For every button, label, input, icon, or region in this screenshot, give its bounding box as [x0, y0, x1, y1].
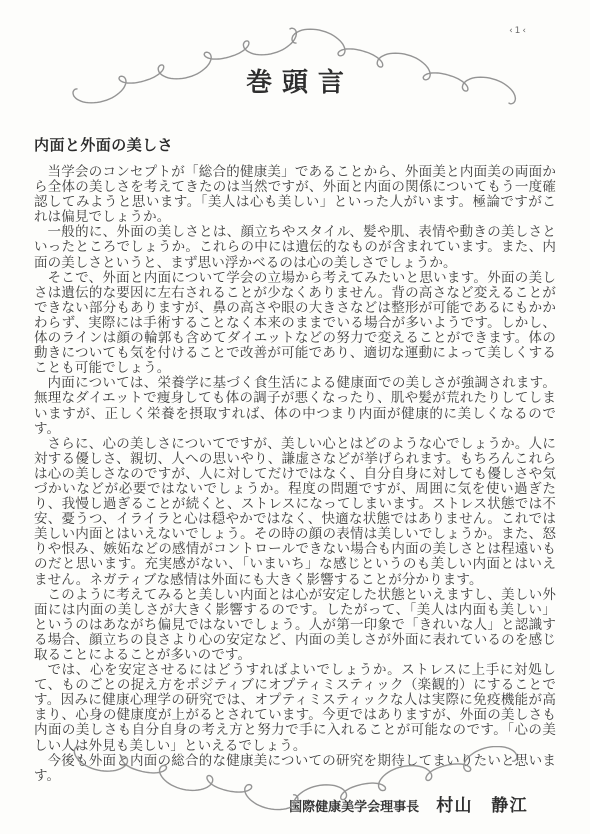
paragraph: そこで、外面と内面について学会の立場から考えてみたいと思います。外面の美しさは遺… [34, 271, 556, 377]
bottom-flourish-ornament [65, 746, 525, 812]
paragraph: このように考えてみると美しい内面とは心が安定した状態といえますし、美しい外面には… [34, 588, 556, 663]
paragraph: 当学会のコンセプトが「総合的健康美」であることから、外面美と内面美の両面から全体… [34, 165, 556, 225]
document-page: ‹1‹ 巻頭言 内面と外面の美しさ 当学会のコンセプトが「総合的健康美」であるこ… [0, 0, 590, 834]
flourish-swirl-right [293, 746, 517, 809]
flourish-swirl-left [74, 746, 298, 809]
paragraph: では、心を安定させるにはどうすればよいでしょうか。ストレスに上手に対処して、もの… [34, 663, 556, 754]
paragraph: さらに、心の美しさについてですが、美しい心とはどのような心でしょうか。人に対する… [34, 437, 556, 588]
footer [65, 746, 525, 812]
page-title: 巻頭言 [65, 62, 525, 99]
paragraph: 一般的に、外面の美しさとは、顔立ちやスタイル、髪や肌、表情や動きの美しさといった… [34, 225, 556, 270]
header: 巻頭言 [65, 20, 525, 120]
section-heading: 内面と外面の美しさ [34, 134, 590, 155]
paragraph: 内面については、栄養学に基づく食生活による健康面での美しさが強調されます。無理な… [34, 376, 556, 436]
body-text: 当学会のコンセプトが「総合的健康美」であることから、外面美と内面美の両面から全体… [34, 165, 556, 784]
